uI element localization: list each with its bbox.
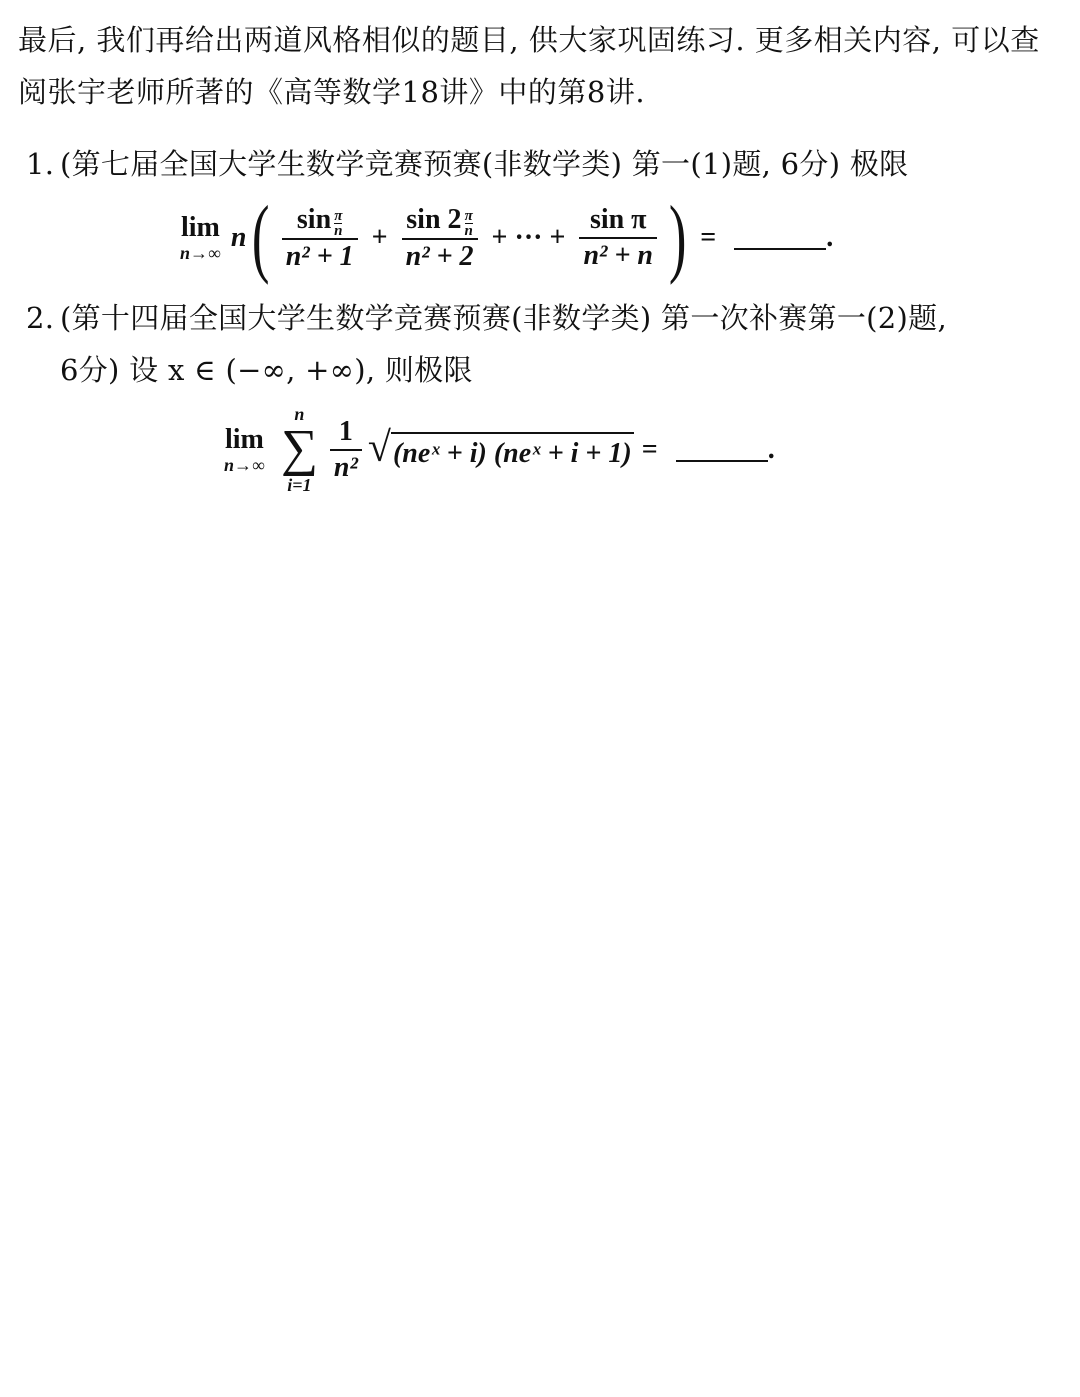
problem-1: 1.(第七届全国大学生数学竞赛预赛(非数学类) 第一(1)题, 6分) 极限 — [26, 138, 1071, 190]
problem-source: (第十四届全国大学生数学竞赛预赛(非数学类) 第一次补赛第一(2)题, — [60, 301, 947, 335]
fraction-term-1: sinπn n² + 1 — [282, 203, 358, 274]
problem-source: (第七届全国大学生数学竞赛预赛(非数学类) 第一(1)题, 6分) 极限 — [60, 147, 908, 181]
problem-1-formula: lim n→∞ n ( sinπn n² + 1 + sin 2πn n² + … — [180, 196, 833, 280]
coefficient: n — [231, 222, 247, 254]
limit-operator: lim n→∞ — [224, 425, 265, 475]
right-paren: ) — [669, 194, 687, 282]
problem-2-formula: lim n→∞ n ∑ i=1 1 n² √ (neˣ + i) (neˣ + … — [224, 400, 775, 500]
fraction-term-n: sin π n² + n — [579, 203, 657, 273]
problem-number: 1. — [26, 138, 60, 190]
problem-condition: 6分) 设 x ∈ (−∞, +∞), 则极限 — [26, 344, 1071, 396]
square-root: √ (neˣ + i) (neˣ + i + 1) — [368, 426, 634, 474]
fraction: 1 n² — [330, 415, 362, 485]
summation-operator: n ∑ i=1 — [281, 404, 318, 496]
problem-number: 2. — [26, 292, 60, 344]
left-paren: ( — [252, 194, 270, 282]
fraction-term-2: sin 2πn n² + 2 — [402, 203, 478, 274]
limit-operator: lim n→∞ — [180, 213, 221, 263]
answer-blank — [734, 226, 826, 250]
intro-paragraph: 最后, 我们再给出两道风格相似的题目, 供大家巩固练习. 更多相关内容, 可以查… — [18, 14, 1068, 118]
answer-blank — [676, 438, 768, 462]
problem-2: 2.(第十四届全国大学生数学竞赛预赛(非数学类) 第一次补赛第一(2)题, 6分… — [26, 292, 1071, 396]
radical-sign-icon: √ — [368, 426, 391, 474]
